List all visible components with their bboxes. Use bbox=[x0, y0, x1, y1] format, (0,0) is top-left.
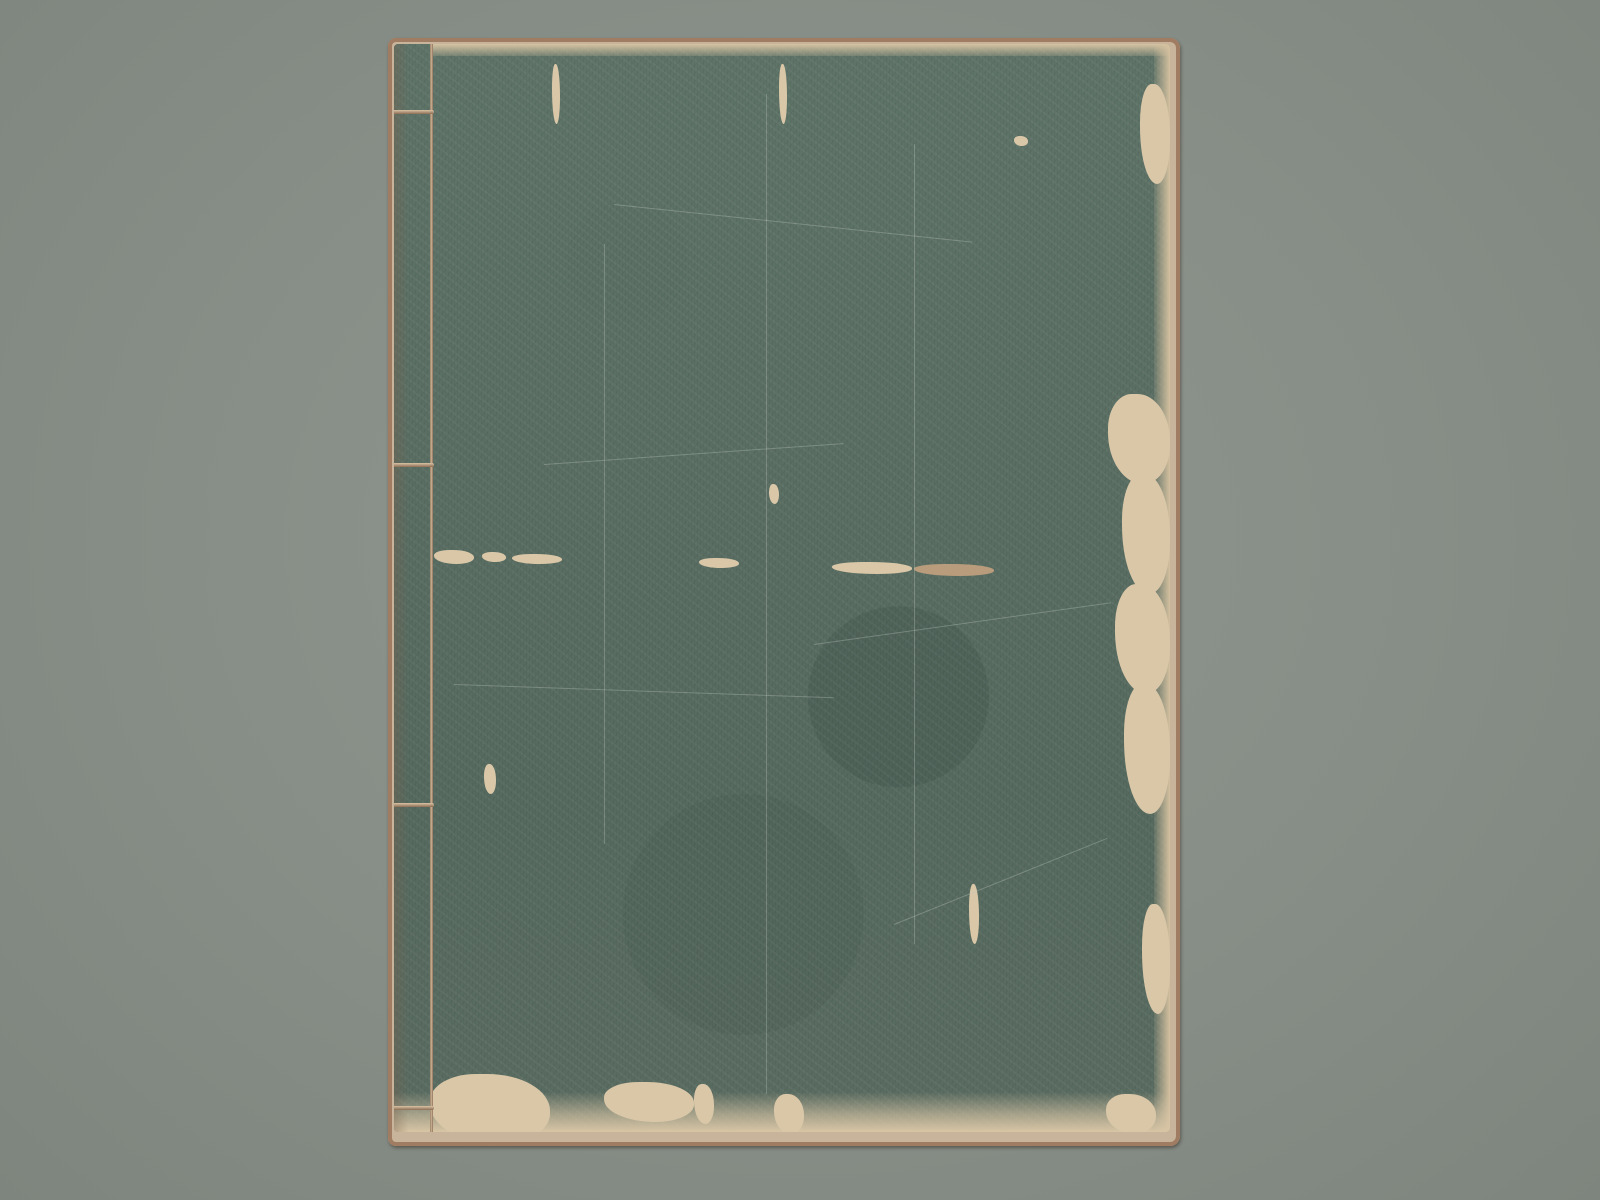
binding-stitch bbox=[394, 1106, 434, 1110]
wear-patch bbox=[484, 764, 496, 794]
binding-thread-vertical bbox=[430, 44, 433, 1132]
crease bbox=[914, 144, 915, 944]
wear-patch bbox=[769, 484, 779, 504]
wear-patch bbox=[694, 1084, 714, 1124]
spine-margin bbox=[394, 44, 430, 1132]
wear-patch bbox=[552, 64, 560, 124]
book bbox=[388, 38, 1180, 1146]
wear-patch bbox=[779, 64, 787, 124]
binding-stitch bbox=[394, 110, 434, 114]
wear-patch bbox=[774, 1094, 804, 1132]
wear-patch bbox=[1106, 1094, 1156, 1132]
top-worn-edge bbox=[430, 44, 1170, 56]
crease bbox=[766, 94, 767, 1094]
book-cover bbox=[394, 44, 1170, 1132]
crease bbox=[604, 244, 605, 844]
paper-texture bbox=[394, 44, 1170, 1132]
wear-patch bbox=[482, 552, 506, 562]
binding-stitch bbox=[394, 463, 434, 467]
binding-stitch bbox=[394, 803, 434, 807]
wear-patch bbox=[1014, 136, 1028, 146]
